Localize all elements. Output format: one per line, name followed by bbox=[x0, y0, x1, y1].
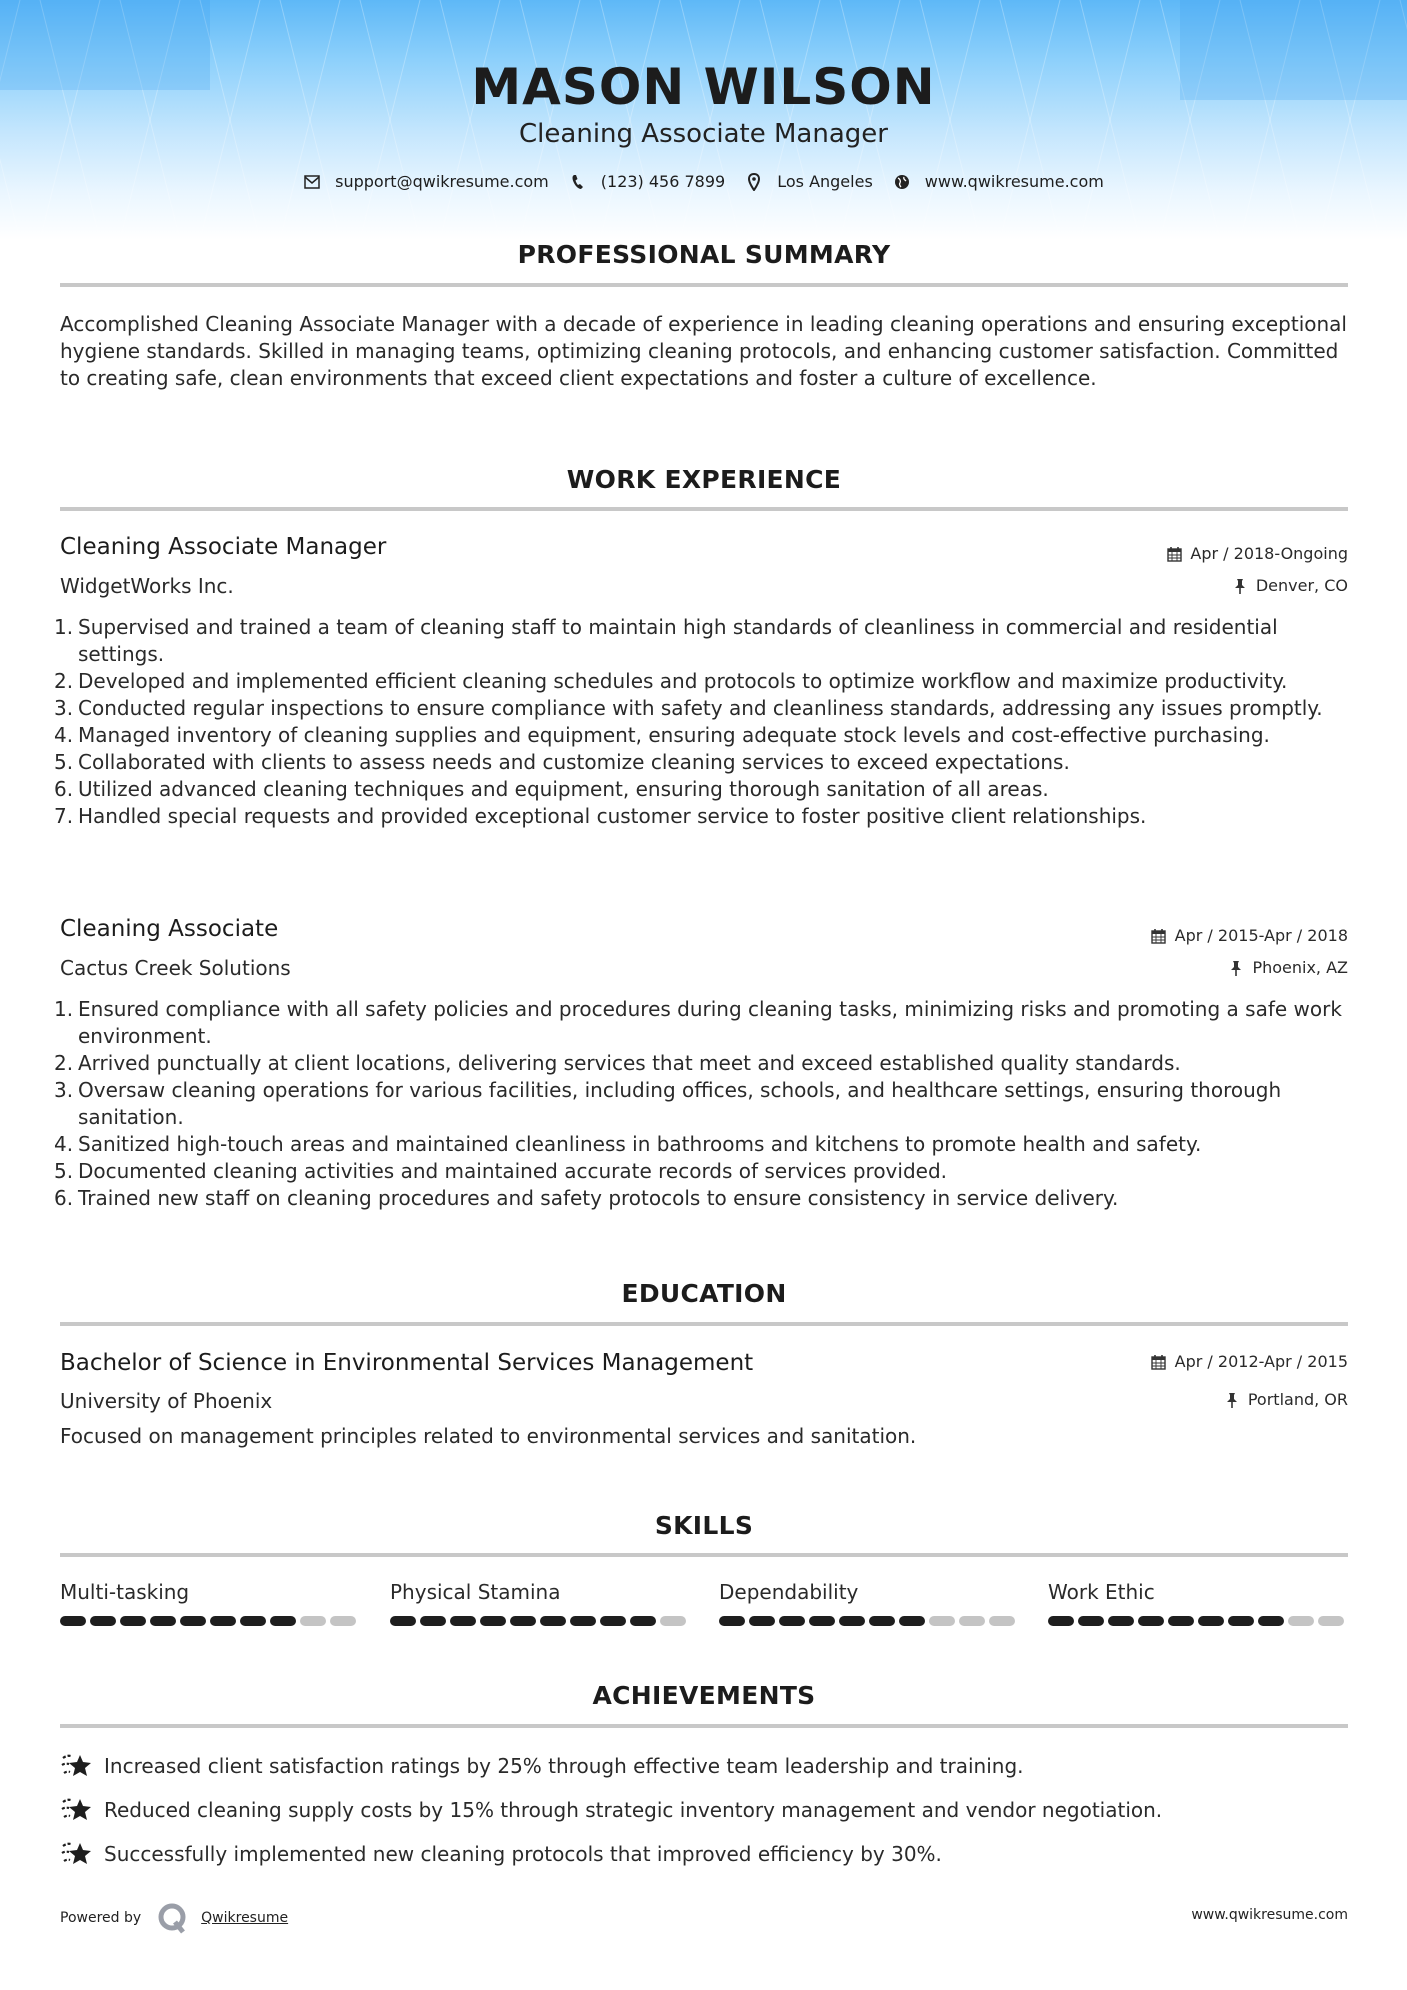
skill-rating-bar bbox=[1048, 1616, 1348, 1626]
list-item: Managed inventory of cleaning supplies a… bbox=[60, 722, 1360, 749]
skill-rating-segment bbox=[719, 1616, 745, 1626]
education-description: Focused on management principles related… bbox=[60, 1424, 916, 1448]
section-divider bbox=[60, 507, 1348, 511]
map-pin-icon bbox=[745, 173, 763, 191]
achievement-item: Successfully implemented new cleaning pr… bbox=[60, 1840, 942, 1868]
list-item: Arrived punctually at client locations, … bbox=[60, 1050, 1360, 1077]
company-name: Cactus Creek Solutions bbox=[60, 956, 291, 980]
skill-rating-segment bbox=[600, 1616, 626, 1626]
pushpin-icon bbox=[1228, 960, 1244, 976]
contact-location: Los Angeles bbox=[745, 172, 873, 191]
skill-rating-segment bbox=[210, 1616, 236, 1626]
skill-rating-segment bbox=[839, 1616, 865, 1626]
skill-rating-bar bbox=[390, 1616, 690, 1626]
skill-rating-segment bbox=[1048, 1616, 1074, 1626]
achievement-item: Reduced cleaning supply costs by 15% thr… bbox=[60, 1796, 1162, 1824]
list-item: Sanitized high-touch areas and maintaine… bbox=[60, 1131, 1360, 1158]
skill-rating-segment bbox=[1198, 1616, 1224, 1626]
skill-rating-segment bbox=[330, 1616, 356, 1626]
skill-rating-segment bbox=[959, 1616, 985, 1626]
skill-rating-segment bbox=[1108, 1616, 1134, 1626]
shooting-star-icon bbox=[60, 1840, 94, 1868]
company-name: WidgetWorks Inc. bbox=[60, 574, 234, 598]
skill-rating-segment bbox=[869, 1616, 895, 1626]
contact-email[interactable]: support@qwikresume.com bbox=[303, 172, 549, 191]
list-item: Conducted regular inspections to ensure … bbox=[60, 695, 1360, 722]
summary-text: Accomplished Cleaning Associate Manager … bbox=[60, 311, 1348, 392]
envelope-icon bbox=[303, 173, 321, 191]
list-item: Handled special requests and provided ex… bbox=[60, 803, 1360, 830]
job-responsibilities: Ensured compliance with all safety polic… bbox=[60, 996, 1360, 1212]
achievement-text: Reduced cleaning supply costs by 15% thr… bbox=[104, 1798, 1162, 1822]
section-title-achievements: ACHIEVEMENTS bbox=[60, 1681, 1348, 1710]
contact-phone-text: (123) 456 7899 bbox=[601, 172, 725, 191]
skill-rating-segment bbox=[1138, 1616, 1164, 1626]
list-item: Oversaw cleaning operations for various … bbox=[60, 1077, 1360, 1131]
list-item: Supervised and trained a team of cleanin… bbox=[60, 614, 1360, 668]
skill-rating-segment bbox=[60, 1616, 86, 1626]
contact-bar: support@qwikresume.com (123) 456 7899 Lo… bbox=[0, 172, 1407, 191]
skill-item: Multi-tasking bbox=[60, 1580, 360, 1626]
skill-rating-segment bbox=[1318, 1616, 1344, 1626]
school-name: University of Phoenix bbox=[60, 1389, 272, 1413]
skill-rating-segment bbox=[1288, 1616, 1314, 1626]
job-dates: Apr / 2018-Ongoing bbox=[1166, 544, 1348, 563]
skill-rating-segment bbox=[779, 1616, 805, 1626]
skill-rating-segment bbox=[570, 1616, 596, 1626]
skill-name: Multi-tasking bbox=[60, 1580, 360, 1604]
skill-rating-segment bbox=[480, 1616, 506, 1626]
skill-rating-bar bbox=[719, 1616, 1019, 1626]
skill-rating-segment bbox=[1078, 1616, 1104, 1626]
skill-rating-segment bbox=[120, 1616, 146, 1626]
skill-rating-bar bbox=[60, 1616, 360, 1626]
list-item: Collaborated with clients to assess need… bbox=[60, 749, 1360, 776]
skill-rating-segment bbox=[899, 1616, 925, 1626]
skill-rating-segment bbox=[300, 1616, 326, 1626]
candidate-name: MASON WILSON bbox=[0, 58, 1407, 116]
achievement-text: Increased client satisfaction ratings by… bbox=[104, 1754, 1024, 1778]
skill-rating-segment bbox=[989, 1616, 1015, 1626]
section-divider bbox=[60, 1724, 1348, 1728]
skill-rating-segment bbox=[150, 1616, 176, 1626]
contact-phone[interactable]: (123) 456 7899 bbox=[569, 172, 725, 191]
skill-rating-segment bbox=[540, 1616, 566, 1626]
achievement-item: Increased client satisfaction ratings by… bbox=[60, 1752, 1024, 1780]
list-item: Ensured compliance with all safety polic… bbox=[60, 996, 1360, 1050]
job-dates: Apr / 2015-Apr / 2018 bbox=[1151, 926, 1348, 945]
skill-rating-segment bbox=[270, 1616, 296, 1626]
skill-rating-segment bbox=[420, 1616, 446, 1626]
skill-rating-segment bbox=[1168, 1616, 1194, 1626]
skill-name: Dependability bbox=[719, 1580, 1019, 1604]
skill-rating-segment bbox=[1258, 1616, 1284, 1626]
shooting-star-icon bbox=[60, 1796, 94, 1824]
section-title-summary: PROFESSIONAL SUMMARY bbox=[60, 240, 1348, 269]
skill-rating-segment bbox=[929, 1616, 955, 1626]
calendar-icon bbox=[1151, 928, 1167, 944]
contact-email-text: support@qwikresume.com bbox=[335, 172, 549, 191]
skill-name: Work Ethic bbox=[1048, 1580, 1348, 1604]
pushpin-icon bbox=[1232, 578, 1248, 594]
achievement-text: Successfully implemented new cleaning pr… bbox=[104, 1842, 942, 1866]
qwikresume-logo-icon bbox=[157, 1902, 189, 1934]
skill-rating-segment bbox=[809, 1616, 835, 1626]
section-divider bbox=[60, 283, 1348, 287]
skill-rating-segment bbox=[1228, 1616, 1254, 1626]
calendar-icon bbox=[1166, 546, 1182, 562]
footer-url[interactable]: www.qwikresume.com bbox=[1191, 1907, 1348, 1923]
calendar-icon bbox=[1151, 1354, 1167, 1370]
list-item: Documented cleaning activities and maint… bbox=[60, 1158, 1360, 1185]
skill-item: Work Ethic bbox=[1048, 1580, 1348, 1626]
list-item: Utilized advanced cleaning techniques an… bbox=[60, 776, 1360, 803]
skill-rating-segment bbox=[660, 1616, 686, 1626]
section-title-education: EDUCATION bbox=[60, 1279, 1348, 1308]
qwikresume-link[interactable]: Qwikresume bbox=[201, 1910, 288, 1926]
contact-website-text: www.qwikresume.com bbox=[925, 172, 1104, 191]
pushpin-icon bbox=[1224, 1392, 1240, 1408]
job-responsibilities: Supervised and trained a team of cleanin… bbox=[60, 614, 1360, 830]
skill-name: Physical Stamina bbox=[390, 1580, 690, 1604]
candidate-role: Cleaning Associate Manager bbox=[0, 119, 1407, 149]
education-dates: Apr / 2012-Apr / 2015 bbox=[1151, 1352, 1348, 1371]
skill-rating-segment bbox=[390, 1616, 416, 1626]
skill-rating-segment bbox=[510, 1616, 536, 1626]
skill-rating-segment bbox=[630, 1616, 656, 1626]
globe-icon bbox=[893, 173, 911, 191]
shooting-star-icon bbox=[60, 1752, 94, 1780]
skill-item: Physical Stamina bbox=[390, 1580, 690, 1626]
list-item: Developed and implemented efficient clea… bbox=[60, 668, 1360, 695]
section-divider bbox=[60, 1553, 1348, 1557]
section-divider bbox=[60, 1322, 1348, 1326]
footer-powered-by: Powered by Qwikresume bbox=[60, 1902, 288, 1934]
job-location: Denver, CO bbox=[1232, 576, 1348, 595]
skill-item: Dependability bbox=[719, 1580, 1019, 1626]
skill-rating-segment bbox=[240, 1616, 266, 1626]
list-item: Trained new staff on cleaning procedures… bbox=[60, 1185, 1360, 1212]
job-location: Phoenix, AZ bbox=[1228, 958, 1348, 977]
skill-rating-segment bbox=[450, 1616, 476, 1626]
skill-rating-segment bbox=[90, 1616, 116, 1626]
section-title-skills: SKILLS bbox=[60, 1511, 1348, 1540]
phone-icon bbox=[569, 173, 587, 191]
job-title: Cleaning Associate Manager bbox=[60, 534, 386, 560]
contact-website[interactable]: www.qwikresume.com bbox=[893, 172, 1104, 191]
education-location: Portland, OR bbox=[1224, 1390, 1348, 1409]
skill-rating-segment bbox=[749, 1616, 775, 1626]
powered-by-label: Powered by bbox=[60, 1910, 141, 1926]
skill-rating-segment bbox=[180, 1616, 206, 1626]
job-title: Cleaning Associate bbox=[60, 916, 278, 942]
section-title-experience: WORK EXPERIENCE bbox=[60, 465, 1348, 494]
contact-location-text: Los Angeles bbox=[777, 172, 873, 191]
degree-title: Bachelor of Science in Environmental Ser… bbox=[60, 1350, 753, 1376]
